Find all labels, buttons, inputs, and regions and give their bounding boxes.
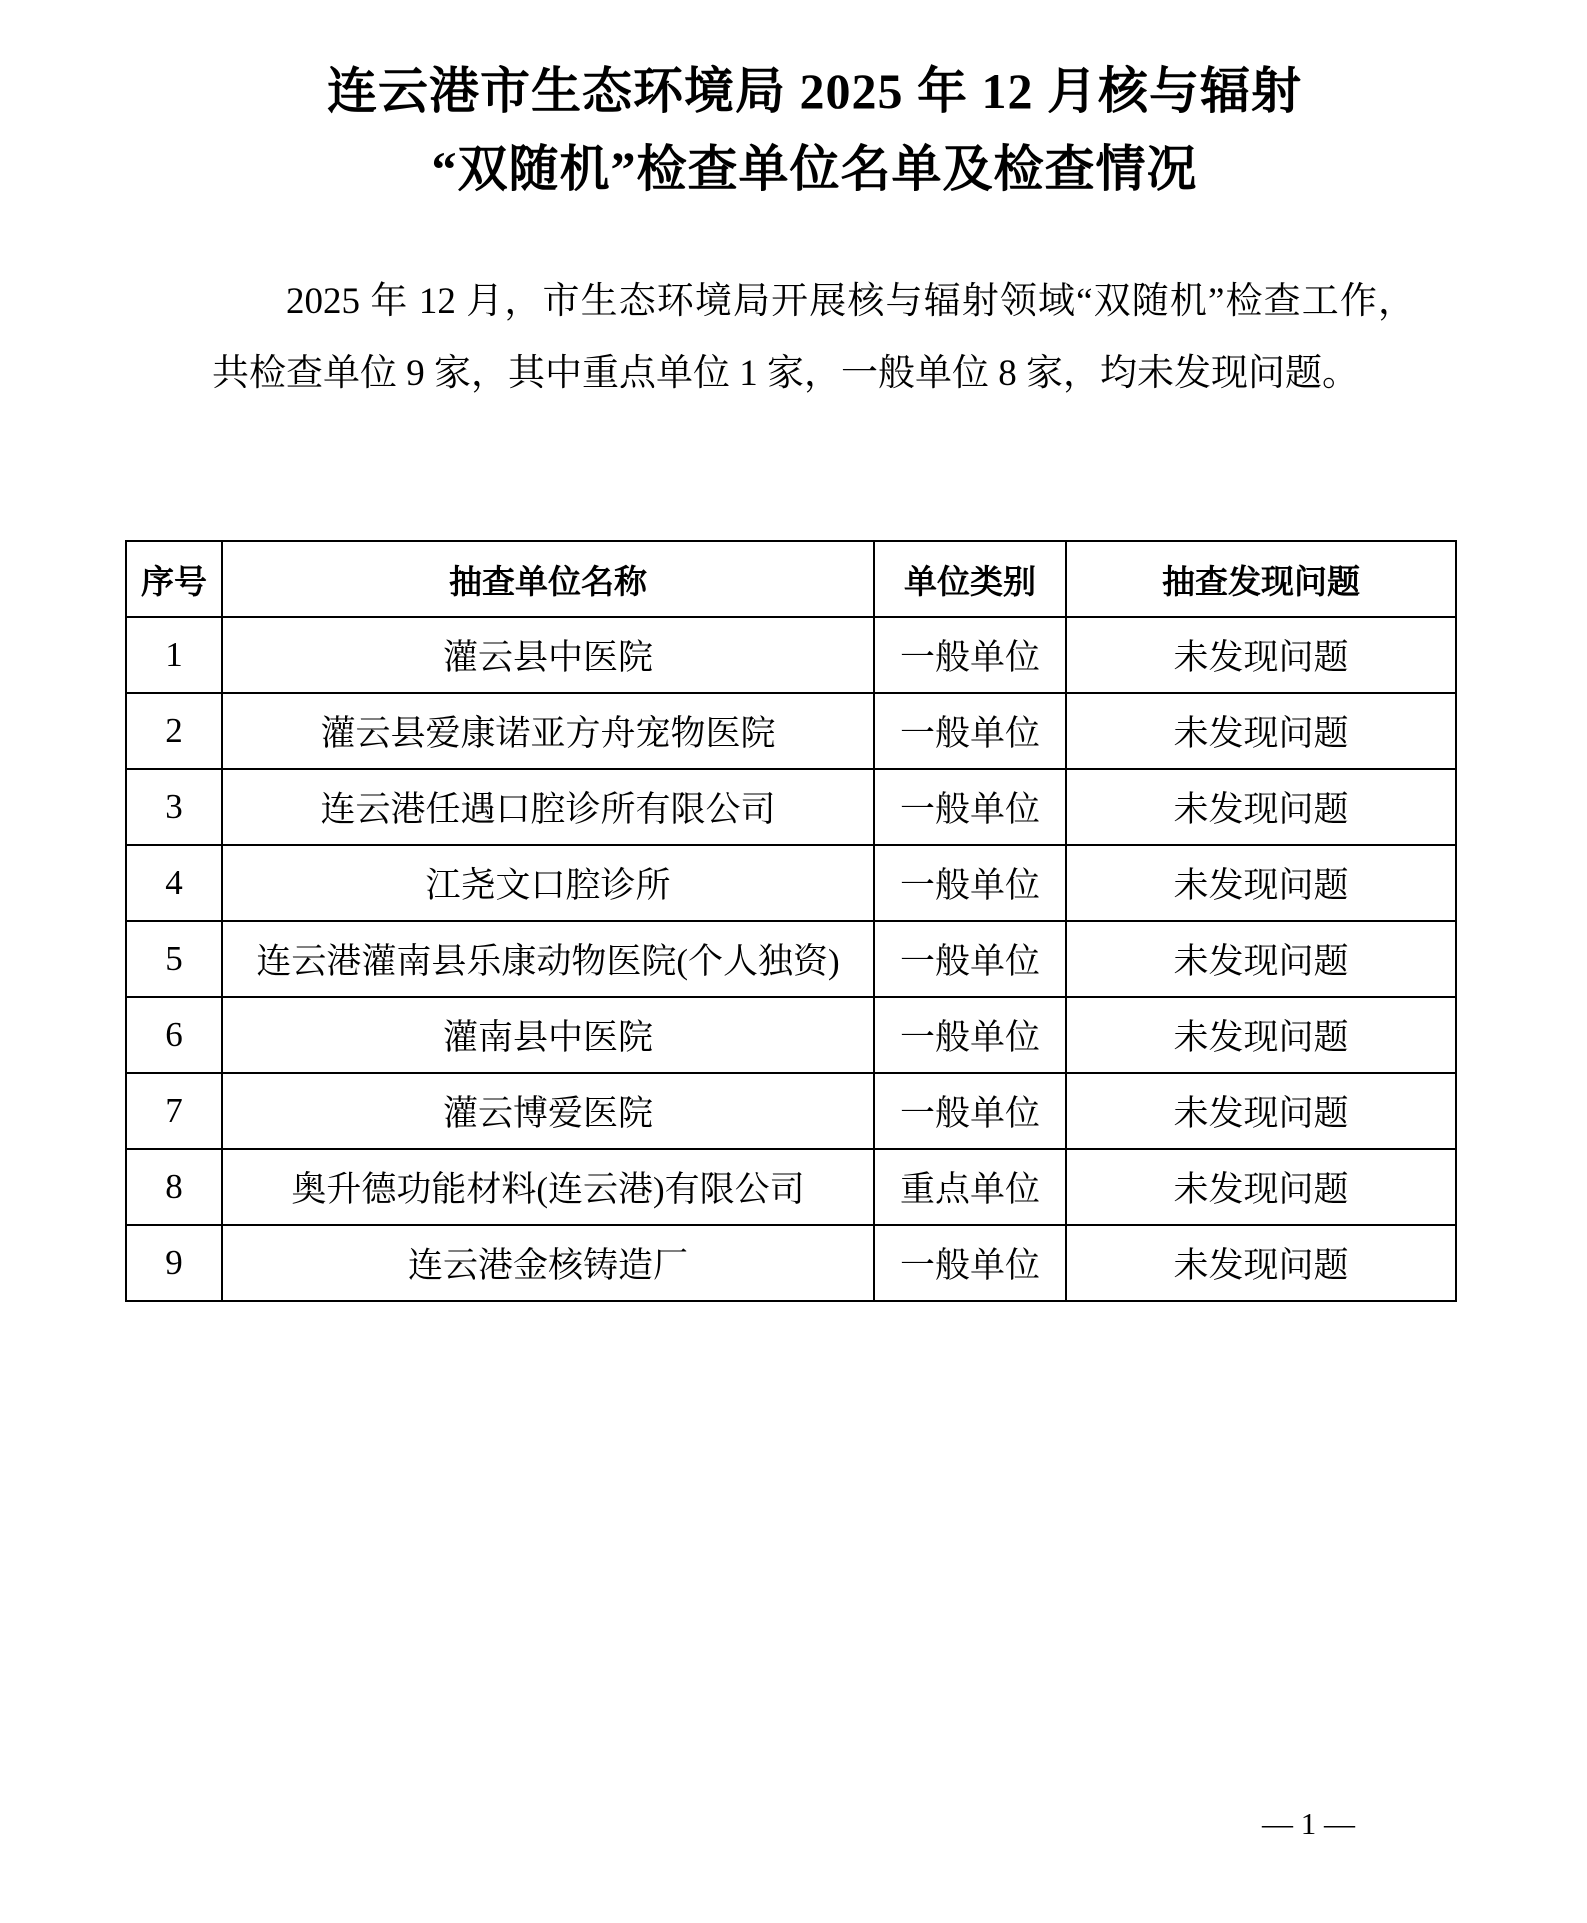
table-cell: 6 xyxy=(126,997,222,1073)
table-cell: 灌云县中医院 xyxy=(222,617,874,693)
table-row: 5连云港灌南县乐康动物医院(个人独资)一般单位未发现问题 xyxy=(126,921,1456,997)
table-row: 7灌云博爱医院一般单位未发现问题 xyxy=(126,1073,1456,1149)
table-cell: 未发现问题 xyxy=(1066,693,1456,769)
table-cell: 9 xyxy=(126,1225,222,1301)
table-cell: 4 xyxy=(126,845,222,921)
table-cell: 灌云博爱医院 xyxy=(222,1073,874,1149)
header-problems-found: 抽查发现问题 xyxy=(1066,541,1456,617)
table-cell: 一般单位 xyxy=(874,769,1066,845)
page-number: — 1 — xyxy=(1262,1806,1355,1842)
title-line-2: “双随机”检查单位名单及检查情况 xyxy=(212,130,1417,208)
table-cell: 重点单位 xyxy=(874,1149,1066,1225)
table-cell: 奥升德功能材料(连云港)有限公司 xyxy=(222,1149,874,1225)
table-cell: 8 xyxy=(126,1149,222,1225)
table-cell: 2 xyxy=(126,693,222,769)
table-row: 1灌云县中医院一般单位未发现问题 xyxy=(126,617,1456,693)
table-cell: 连云港金核铸造厂 xyxy=(222,1225,874,1301)
table-cell: 5 xyxy=(126,921,222,997)
table-cell: 一般单位 xyxy=(874,921,1066,997)
table-row: 6灌南县中医院一般单位未发现问题 xyxy=(126,997,1456,1073)
table-cell: 江尧文口腔诊所 xyxy=(222,845,874,921)
table-cell: 一般单位 xyxy=(874,1225,1066,1301)
table-cell: 未发现问题 xyxy=(1066,1073,1456,1149)
header-unit-name: 抽查单位名称 xyxy=(222,541,874,617)
summary-paragraph: 2025 年 12 月，市生态环境局开展核与辐射领域“双随机”检查工作，共检查单… xyxy=(212,266,1415,410)
table-cell: 未发现问题 xyxy=(1066,845,1456,921)
inspection-table: 序号 抽查单位名称 单位类别 抽查发现问题 1灌云县中医院一般单位未发现问题2灌… xyxy=(125,540,1457,1302)
table-cell: 7 xyxy=(126,1073,222,1149)
table-cell: 一般单位 xyxy=(874,997,1066,1073)
table-row: 4江尧文口腔诊所一般单位未发现问题 xyxy=(126,845,1456,921)
table-cell: 一般单位 xyxy=(874,845,1066,921)
table-header-row: 序号 抽查单位名称 单位类别 抽查发现问题 xyxy=(126,541,1456,617)
document-page: 连云港市生态环境局 2025 年 12 月核与辐射 “双随机”检查单位名单及检查… xyxy=(0,0,1587,1923)
table-cell: 连云港任遇口腔诊所有限公司 xyxy=(222,769,874,845)
header-unit-category: 单位类别 xyxy=(874,541,1066,617)
table-cell: 灌云县爱康诺亚方舟宠物医院 xyxy=(222,693,874,769)
table-cell: 未发现问题 xyxy=(1066,769,1456,845)
table-cell: 未发现问题 xyxy=(1066,617,1456,693)
table-cell: 未发现问题 xyxy=(1066,1225,1456,1301)
table-row: 8奥升德功能材料(连云港)有限公司重点单位未发现问题 xyxy=(126,1149,1456,1225)
table-cell: 未发现问题 xyxy=(1066,921,1456,997)
table-body: 1灌云县中医院一般单位未发现问题2灌云县爱康诺亚方舟宠物医院一般单位未发现问题3… xyxy=(126,617,1456,1301)
title-line-1: 连云港市生态环境局 2025 年 12 月核与辐射 xyxy=(212,52,1417,130)
table-cell: 未发现问题 xyxy=(1066,1149,1456,1225)
table-cell: 一般单位 xyxy=(874,693,1066,769)
table-cell: 灌南县中医院 xyxy=(222,997,874,1073)
table-row: 9连云港金核铸造厂一般单位未发现问题 xyxy=(126,1225,1456,1301)
table-row: 3连云港任遇口腔诊所有限公司一般单位未发现问题 xyxy=(126,769,1456,845)
header-serial-number: 序号 xyxy=(126,541,222,617)
document-title: 连云港市生态环境局 2025 年 12 月核与辐射 “双随机”检查单位名单及检查… xyxy=(212,52,1417,208)
table-cell: 一般单位 xyxy=(874,617,1066,693)
table-cell: 连云港灌南县乐康动物医院(个人独资) xyxy=(222,921,874,997)
table-cell: 一般单位 xyxy=(874,1073,1066,1149)
table-cell: 未发现问题 xyxy=(1066,997,1456,1073)
table-row: 2灌云县爱康诺亚方舟宠物医院一般单位未发现问题 xyxy=(126,693,1456,769)
table-cell: 1 xyxy=(126,617,222,693)
table-cell: 3 xyxy=(126,769,222,845)
